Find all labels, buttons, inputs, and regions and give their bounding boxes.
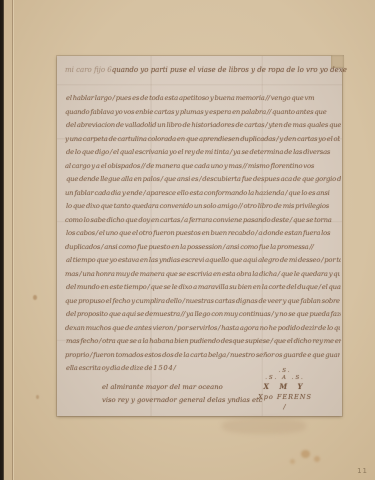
page-crease [12,0,15,480]
header-right-annotation: quando yo parti puse el viase de libros … [112,66,347,74]
manuscript-line: un fablar cada dia y ende / aparesce ell… [65,187,340,201]
manuscript-line: lo que dixo que tanto quedara convenido … [66,200,341,214]
manuscript-line: que propuso el fecho y cumplira dello / … [65,295,340,309]
signature-monogram-row-3: X M Y [255,382,315,392]
manuscript-line: del mundo en este tiempo / que se le dix… [66,281,341,295]
foxing-stain [33,295,37,300]
manuscript-line: del abreviacion de valladolid un libro d… [66,119,341,133]
mat-smudge-stain [222,418,306,434]
foxing-stain [290,459,295,464]
signature-monogram-row-1: .S. [255,368,315,375]
manuscript-line: duplicados / ansi como fue puesto en la … [65,241,340,255]
manuscript-sheet: mi caro fijo 6 quando yo parti puse el v… [57,56,342,416]
manuscript-line: mas fecho / otra que se a la habana bien… [66,335,341,349]
header-left-annotation: mi caro fijo 6 [65,66,112,74]
signature-block: .S. .S. A .S. X M Y Xpo FERENS / [255,368,315,412]
manuscript-line: los cabos / el uno que el otro fueron pu… [66,227,341,241]
foxing-stain [314,456,320,462]
manuscript-line: al cargo y a el obispados // de manera q… [65,160,340,174]
manuscript-line: mas / una honra muy de manera que se esc… [65,268,340,282]
closing-line-viceroy: viso rey y governador general delas yndi… [102,394,263,407]
manuscript-line: y una carpeta de cartulina colorada en q… [65,133,340,147]
foxing-stain [301,450,310,458]
manuscript-line: dexan muchos que de antes vieron / por s… [65,322,340,336]
manuscript-line: quando fablava yo vos enbie cartas y plu… [65,106,340,120]
header-line: mi caro fijo 6 quando yo parti puse el v… [65,66,336,74]
manuscript-line: el hablar largo / pues es de toda esta a… [66,92,341,106]
foxing-stain [36,395,39,399]
manuscript-line: al tiempo que yo estava en las yndias es… [66,254,341,268]
letter-body: el hablar largo / pues es de toda esta a… [65,92,340,376]
manuscript-line: del proposito que aqui se demuestra // y… [66,308,341,322]
binding-edge [0,0,4,480]
signature-monogram-row-2: .S. A .S. [255,375,315,382]
signature-xpoferens: Xpo FERENS / [255,392,315,412]
manuscript-line: como lo sabe dicho que doy en cartas / a… [65,214,340,228]
album-page-number: 11 [357,467,368,475]
closing-line-admiral: el almirante mayor del mar oceano [102,381,263,394]
manuscript-line: proprio / fueron tomados estos dos de la… [65,349,340,363]
closing-title: el almirante mayor del mar oceano viso r… [102,381,263,407]
manuscript-line: que dende llegue alla en palos / que ans… [66,173,341,187]
manuscript-line: de lo que digo / el qual escrivania yo e… [66,146,341,160]
album-page: mi caro fijo 6 quando yo parti puse el v… [0,0,375,480]
